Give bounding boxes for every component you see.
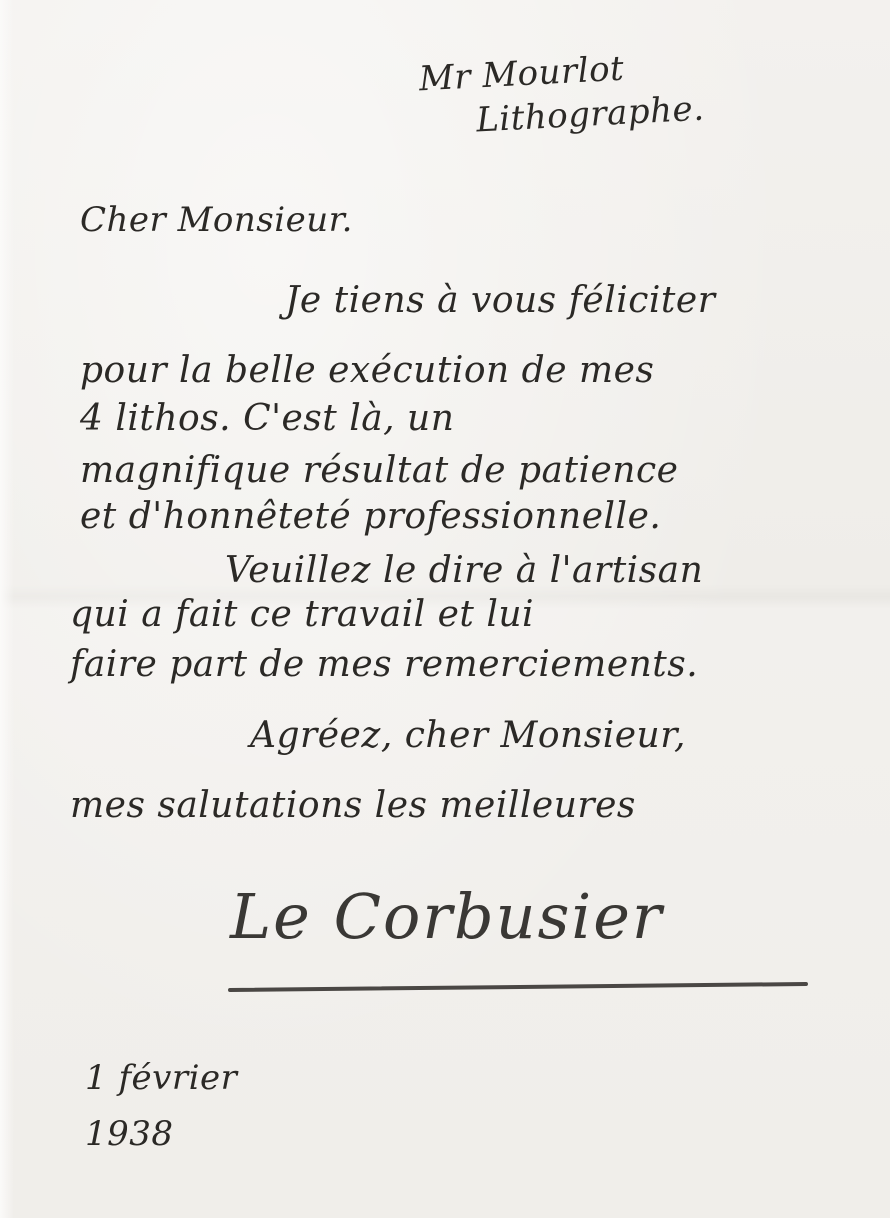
closing-line: Agréez, cher Monsieur,: [250, 715, 686, 756]
letter-page: Mr Mourlot Lithographe. Cher Monsieur. J…: [0, 0, 890, 1218]
body-line: faire part de mes remerciements.: [70, 644, 698, 685]
salutation: Cher Monsieur.: [80, 200, 353, 240]
signature: Le Corbusier: [230, 880, 664, 953]
body-line: et d'honnêteté professionnelle.: [80, 496, 661, 537]
body-line: magnifique résultat de patience: [80, 450, 678, 491]
closing-line: mes salutations les meilleures: [70, 785, 636, 826]
date-block: 1 février 1938: [85, 1050, 237, 1162]
date-day-month: 1 février: [85, 1050, 237, 1106]
body-line: qui a fait ce travail et lui: [70, 594, 534, 635]
date-year: 1938: [85, 1106, 237, 1162]
addressee-block: Mr Mourlot Lithographe.: [418, 43, 706, 146]
body-line: Veuillez le dire à l'artisan: [225, 550, 703, 591]
body-line: Je tiens à vous féliciter: [285, 280, 715, 321]
body-line: pour la belle exécution de mes: [80, 350, 654, 391]
body-line: 4 lithos. C'est là, un: [80, 398, 454, 439]
signature-underline: [228, 982, 808, 992]
